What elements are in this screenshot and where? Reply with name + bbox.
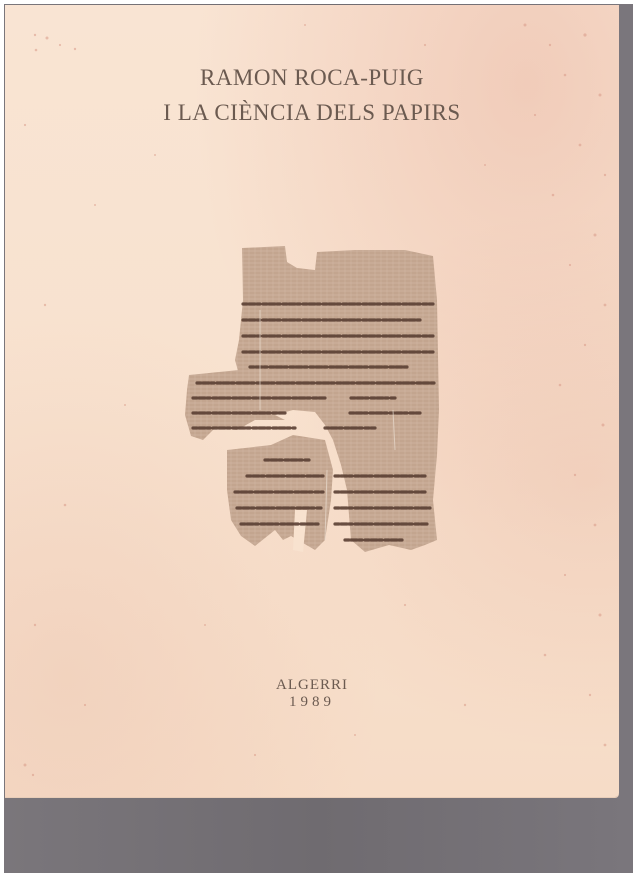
author-name: RAMON ROCA-PUIG <box>5 65 619 91</box>
publication-place: ALGERRI <box>5 677 619 694</box>
book-cover: RAMON ROCA-PUIG I LA CIÈNCIA DELS PAPIRS <box>5 5 619 797</box>
publication-year: 1989 <box>5 694 619 711</box>
papyrus-fragment-image <box>175 240 455 560</box>
book-title: I LA CIÈNCIA DELS PAPIRS <box>5 100 619 126</box>
